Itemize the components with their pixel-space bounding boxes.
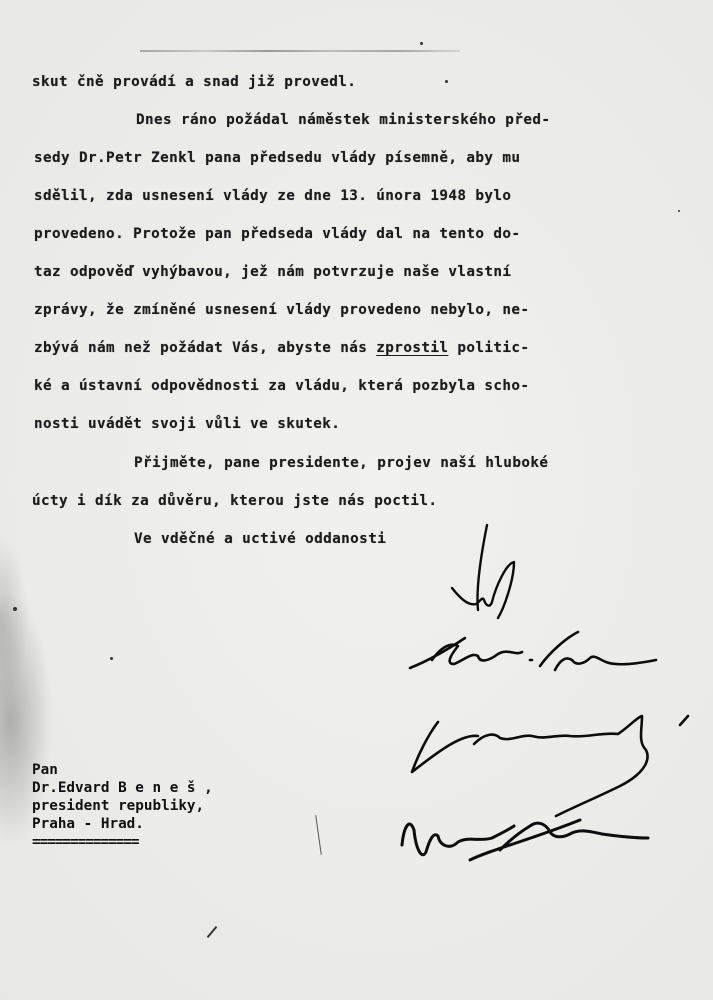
body-line-1: skut čně provádí a snad již provedl. — [32, 74, 356, 90]
body-line-2: Dnes ráno požádal náměstek ministerského… — [136, 112, 550, 128]
speck — [13, 607, 17, 611]
speck — [420, 42, 423, 45]
body-line-8: zbývá nám než požádat Vás, abyste nás zp… — [34, 340, 529, 356]
speck — [445, 80, 448, 83]
address-line-1: Pan — [32, 761, 213, 779]
speck — [678, 210, 680, 212]
body-line-10: nosti uvádět svoji vůli ve skutek. — [34, 416, 340, 432]
valediction: Ve vděčné a uctivé oddanosti — [134, 531, 386, 547]
recipient-address: Pan Dr.Edvard B e n e š , president repu… — [32, 761, 213, 851]
body-line-9: ké a ústavní odpovědnosti za vládu, kter… — [34, 378, 529, 394]
body-line-5: provedeno. Protože pan předseda vlády da… — [34, 226, 520, 242]
closing-line-2: úcty i dík za důvěru, kterou jste nás po… — [32, 493, 437, 509]
signature-drtina — [402, 820, 648, 860]
body-line-8-end: politic- — [448, 340, 529, 356]
signature-zenkl — [452, 525, 514, 618]
signature-ripka — [410, 632, 656, 670]
pen-mark — [315, 815, 322, 855]
signature-sramek — [412, 716, 688, 816]
signatures — [380, 520, 713, 890]
speck — [110, 657, 113, 660]
address-line-3: president republiky, — [32, 797, 213, 815]
body-line-7: zprávy, že zmíněné usnesení vlády proved… — [34, 302, 529, 318]
pen-mark — [207, 926, 218, 938]
body-line-6: taz odpověď vyhýbavou, jež nám potvrzuje… — [34, 264, 511, 280]
address-underline: ============== — [32, 833, 213, 851]
top-rule — [140, 50, 460, 52]
address-line-4: Praha - Hrad. — [32, 815, 213, 833]
body-line-4: sdělil, zda usnesení vlády ze dne 13. ún… — [34, 188, 511, 204]
letter-page: skut čně provádí a snad již provedl. Dne… — [0, 0, 713, 1000]
closing-line-1: Přijměte, pane presidente, projev naší h… — [134, 455, 548, 471]
body-line-3: sedy Dr.Petr Zenkl pana předsedu vlády p… — [34, 150, 520, 166]
underlined-word: zprostil — [376, 340, 448, 356]
body-line-8-start: zbývá nám než požádat Vás, abyste nás — [34, 340, 376, 356]
address-line-2: Dr.Edvard B e n e š , — [32, 779, 213, 797]
